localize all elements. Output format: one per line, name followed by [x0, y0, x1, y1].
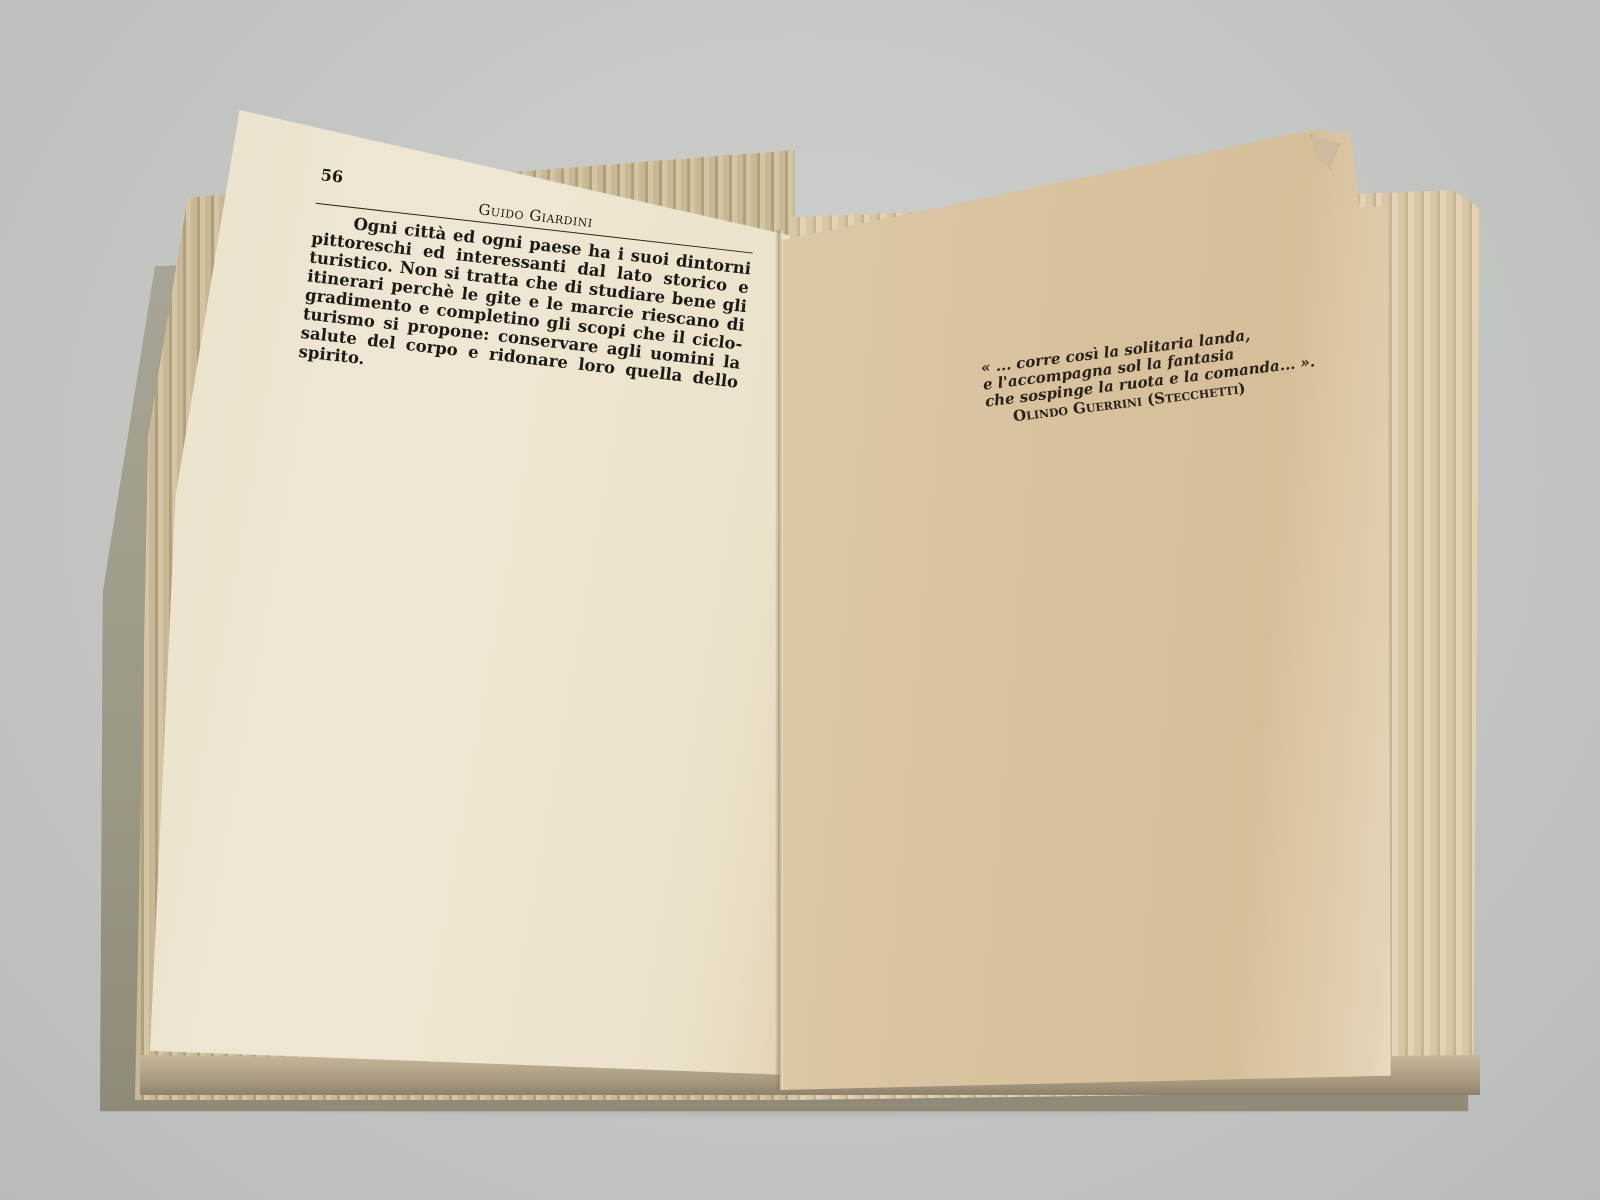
book-gutter — [775, 230, 783, 1090]
right-page — [780, 130, 1400, 1090]
photo-scene: 56 Guido Giardini Ogni città ed ogni pae… — [0, 0, 1600, 1200]
